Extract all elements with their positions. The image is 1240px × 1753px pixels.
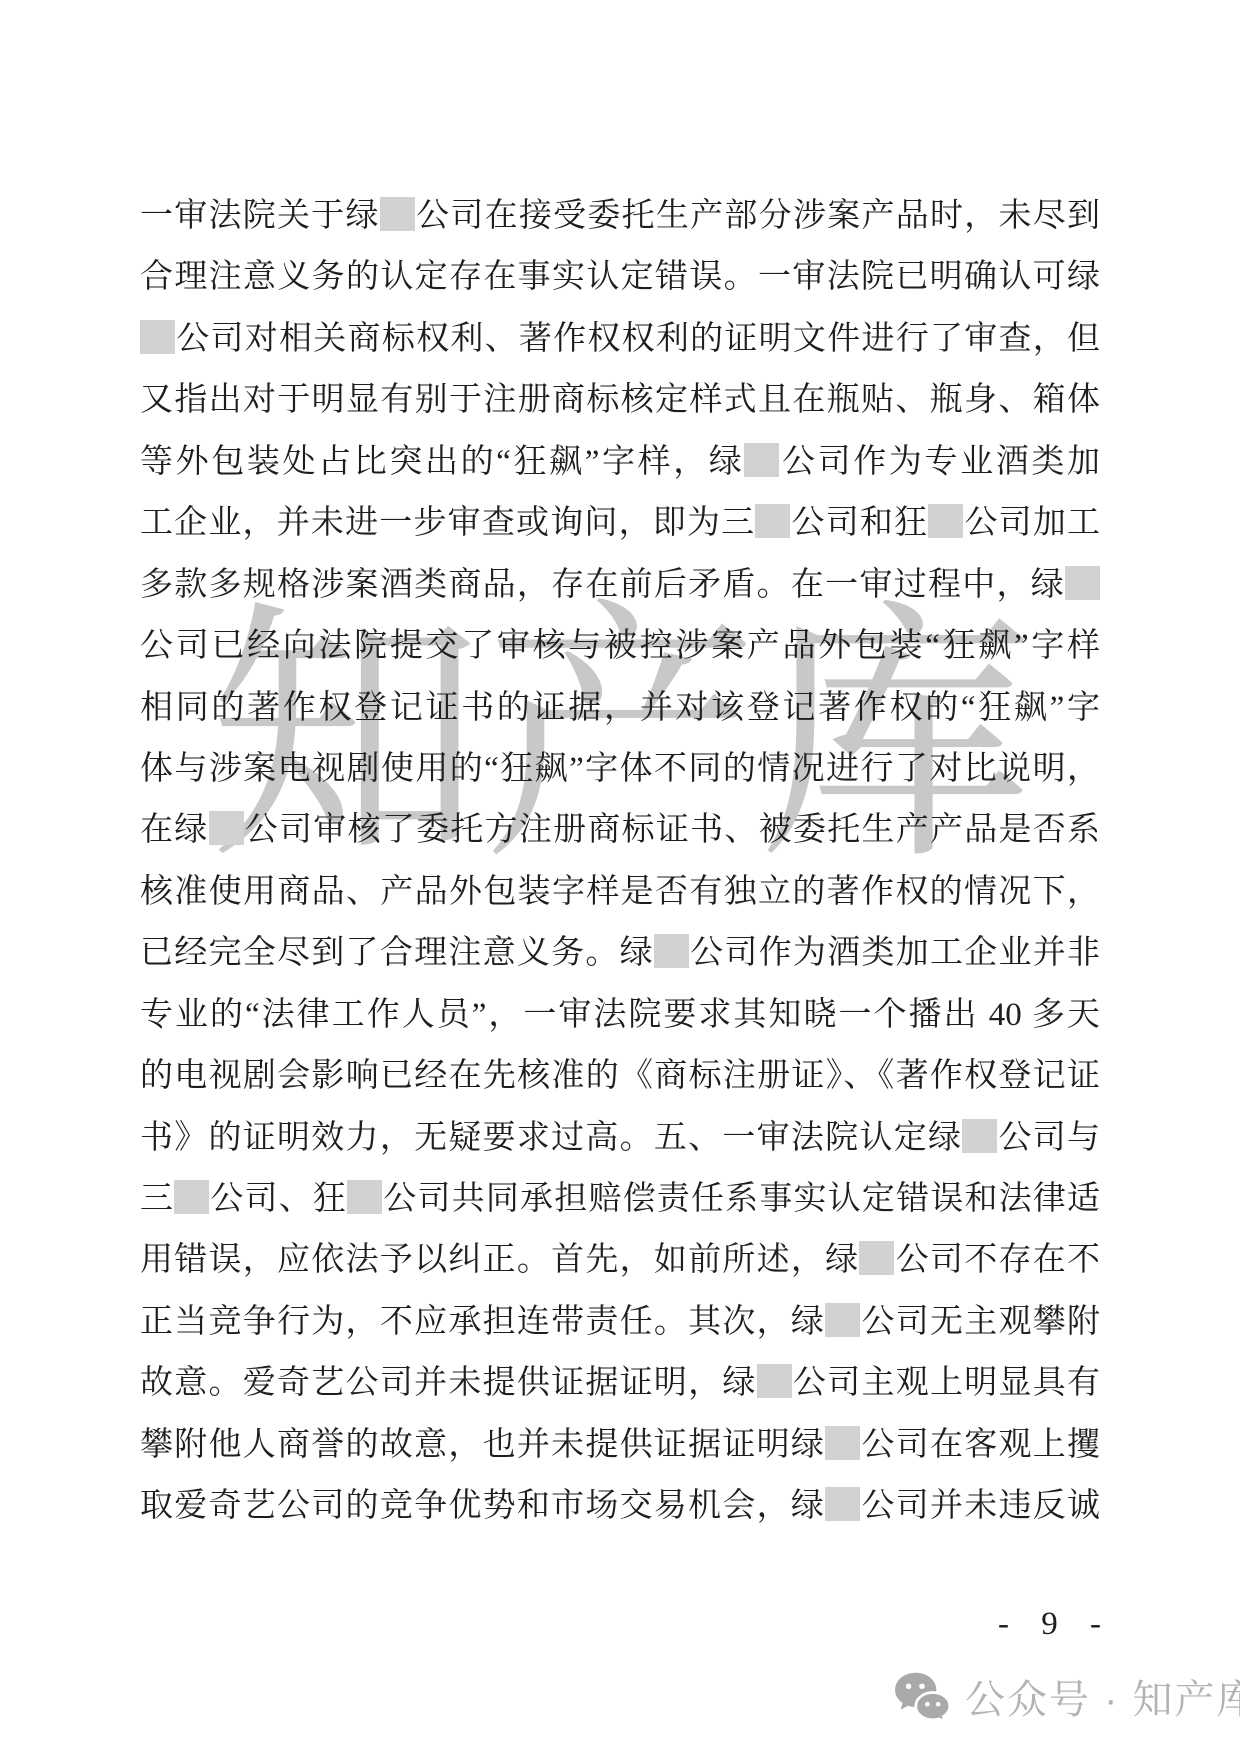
redaction-box: [825, 1426, 860, 1460]
page-number: - 9 -: [998, 1606, 1113, 1643]
redaction-box: [962, 1119, 997, 1153]
text-line: 的电视剧会影响已经在先核准的《商标注册证》、《著作权登记证: [140, 1046, 1100, 1107]
redaction-box: [744, 443, 779, 477]
redaction-box: [380, 197, 415, 231]
text-line: 多款多规格涉案酒类商品，存在前后矛盾。在一审过程中，绿: [140, 555, 1100, 616]
text-line: 取爱奇艺公司的竞争优势和市场交易机会，绿公司并未违反诚: [140, 1476, 1100, 1537]
text-line: 相同的著作权登记证书的证据，并对该登记著作权的“狂飙”字: [140, 678, 1100, 739]
redaction-box: [757, 1364, 792, 1398]
text-line: 合理注意义务的认定存在事实认定错误。一审法院已明确认可绿: [140, 247, 1100, 308]
text-line: 一审法院关于绿公司在接受委托生产部分涉案产品时，未尽到: [140, 186, 1100, 247]
text-line: 体与涉案电视剧使用的“狂飙”字体不同的情况进行了对比说明，: [140, 739, 1100, 800]
text-line: 三公司、狂公司共同承担赔偿责任系事实认定错误和法律适: [140, 1169, 1100, 1230]
redaction-box: [859, 1241, 894, 1275]
redaction-box: [209, 811, 244, 845]
text-line: 已经完全尽到了合理注意义务。绿公司作为酒类加工企业并非: [140, 923, 1100, 984]
redaction-box: [825, 1303, 860, 1337]
text-line: 等外包装处占比突出的“狂飙”字样，绿公司作为专业酒类加: [140, 432, 1100, 493]
redaction-box: [755, 504, 790, 538]
text-line: 专业的“法律工作人员”，一审法院要求其知晓一个播出 40 多天: [140, 985, 1100, 1046]
footer: 公众号 · 知产库: [893, 1668, 1240, 1725]
document-body: 一审法院关于绿公司在接受委托生产部分涉案产品时，未尽到合理注意义务的认定存在事实…: [140, 186, 1100, 1538]
text-line: 公司已经向法院提交了审核与被控涉案产品外包装“狂飙”字样: [140, 616, 1100, 677]
text-line: 用错误，应依法予以纠正。首先，如前所述，绿公司不存在不: [140, 1230, 1100, 1291]
redaction-box: [347, 1180, 382, 1214]
text-line: 在绿公司审核了委托方注册商标证书、被委托生产产品是否系: [140, 800, 1100, 861]
text-line: 正当竞争行为，不应承担连带责任。其次，绿公司无主观攀附: [140, 1292, 1100, 1353]
text-line: 攀附他人商誉的故意，也并未提供证据证明绿公司在客观上攫: [140, 1415, 1100, 1476]
text-line: 书》的证明效力，无疑要求过高。五、一审法院认定绿公司与: [140, 1108, 1100, 1169]
text-line: 又指出对于明显有别于注册商标核定样式且在瓶贴、瓶身、箱体: [140, 370, 1100, 431]
redaction-box: [825, 1487, 860, 1521]
redaction-box: [174, 1180, 209, 1214]
wechat-icon: [893, 1671, 951, 1723]
redaction-box: [1065, 566, 1100, 600]
redaction-box: [654, 934, 689, 968]
text-line: 工企业，并未进一步审查或询问，即为三公司和狂公司加工: [140, 493, 1100, 554]
redaction-box: [928, 504, 963, 538]
text-line: 故意。爱奇艺公司并未提供证据证明，绿公司主观上明显具有: [140, 1353, 1100, 1414]
redaction-box: [140, 320, 175, 354]
document-page: 知产库 一审法院关于绿公司在接受委托生产部分涉案产品时，未尽到合理注意义务的认定…: [0, 0, 1240, 1753]
text-line: 核准使用商品、产品外包装字样是否有独立的著作权的情况下，: [140, 862, 1100, 923]
text-line: 公司对相关商标权利、著作权权利的证明文件进行了审查，但: [140, 309, 1100, 370]
footer-label: 公众号 · 知产库: [965, 1668, 1240, 1725]
